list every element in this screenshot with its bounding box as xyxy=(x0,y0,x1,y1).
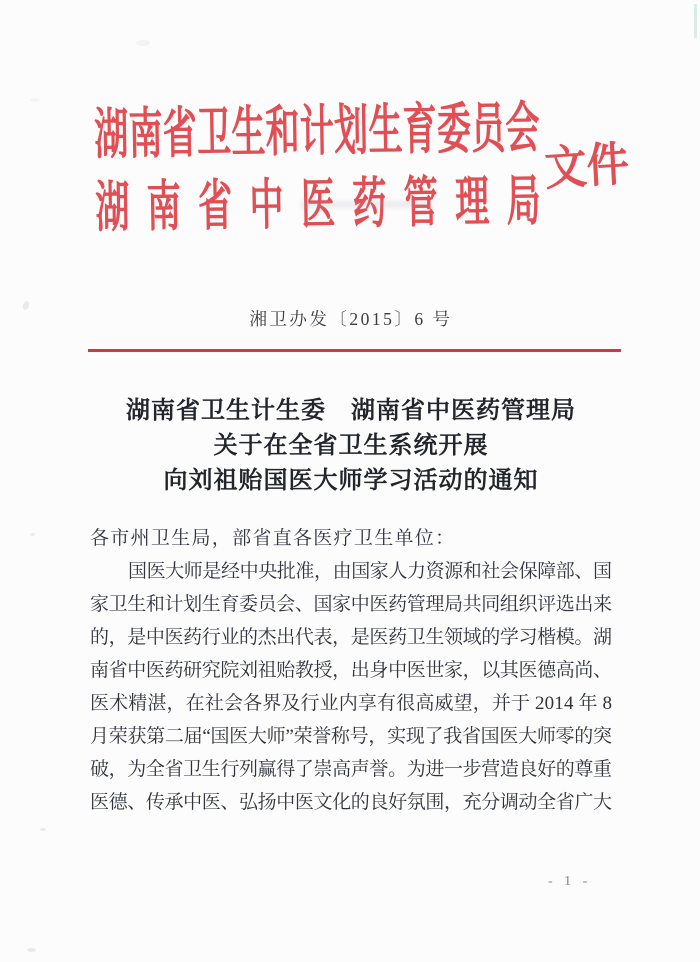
scan-speck xyxy=(27,948,36,952)
scanned-official-document-page: 湖南省卫生和计划生育委员会 湖南省中医药管理局 文件 湘卫办发〔2015〕6 号… xyxy=(0,0,700,962)
body-line-text: 医德、传承中医、弘扬中医文化的良好氛围，充分调动全省广大 xyxy=(90,786,612,819)
body-line-text: 月荣获第二届“国医大师”荣誉称号，实现了我省国医大师零的突 xyxy=(90,720,612,753)
title-line3: 向刘祖贻国医大师学习活动的通知 xyxy=(90,464,612,499)
page-number: - 1 - xyxy=(548,874,591,890)
body-line: 的，是中医药行业的杰出代表，是医药卫生领域的学习楷模。湖 xyxy=(90,621,612,654)
scan-speck xyxy=(40,828,46,831)
body-line: 家卫生和计划生育委员会、国家中医药管理局共同组织评选出来 xyxy=(90,588,612,621)
scan-speck xyxy=(22,300,30,310)
body-line: 月荣获第二届“国医大师”荣誉称号，实现了我省国医大师零的突 xyxy=(90,720,612,753)
red-letterhead: 湖南省卫生和计划生育委员会 湖南省中医药管理局 文件 xyxy=(0,0,700,285)
document-body: 各市州卫生局，部省直各医疗卫生单位： 国医大师是经中央批准，由国家人力资源和社会… xyxy=(90,522,612,819)
body-line-text: 的，是中医药行业的杰出代表，是医药卫生领域的学习楷模。湖 xyxy=(90,621,612,654)
title-line1: 湖南省卫生计生委 湖南省中医药管理局 xyxy=(90,394,612,429)
body-line-text: 南省中医药研究院刘祖贻教授，出身中医世家，以其医德高尚、 xyxy=(90,654,612,687)
body-line: 南省中医药研究院刘祖贻教授，出身中医世家，以其医德高尚、 xyxy=(90,654,612,687)
document-title: 湖南省卫生计生委 湖南省中医药管理局 关于在全省卫生系统开展 向刘祖贻国医大师学… xyxy=(90,394,612,499)
body-line: 国医大师是经中央批准，由国家人力资源和社会保障部、国 xyxy=(90,555,612,588)
doc-number: 湘卫办发〔2015〕6 号 xyxy=(90,306,612,331)
title-line2: 关于在全省卫生系统开展 xyxy=(90,429,612,464)
doc-type-label: 文件 xyxy=(544,142,630,194)
scan-speck xyxy=(136,40,150,46)
scan-speck xyxy=(30,533,35,536)
org-name-line1-text: 湖南省卫生和计划生育委员会 xyxy=(94,101,540,166)
body-line: 破，为全省卫生行列赢得了崇高声誉。为进一步营造良好的尊重 xyxy=(90,753,612,786)
scan-smudge xyxy=(300,201,432,208)
org-name-line1: 湖南省卫生和计划生育委员会 xyxy=(94,101,541,166)
scan-speck xyxy=(30,98,40,102)
body-paragraph: 国医大师是经中央批准，由国家人力资源和社会保障部、国家卫生和计划生育委员会、国家… xyxy=(90,555,612,819)
body-line-text: 医术精湛，在社会各界及行业内享有很高威望，并于 2014 年 8 xyxy=(90,687,612,720)
red-divider-line xyxy=(88,349,621,352)
scan-edge-artifact xyxy=(694,4,697,38)
body-line-text: 国医大师是经中央批准，由国家人力资源和社会保障部、国 xyxy=(128,555,612,588)
body-line-text: 家卫生和计划生育委员会、国家中医药管理局共同组织评选出来 xyxy=(90,588,612,621)
body-line: 医术精湛，在社会各界及行业内享有很高威望，并于 2014 年 8 xyxy=(90,687,612,720)
body-line-text: 破，为全省卫生行列赢得了崇高声誉。为进一步营造良好的尊重 xyxy=(90,753,612,786)
salutation: 各市州卫生局，部省直各医疗卫生单位： xyxy=(90,522,612,555)
body-line: 医德、传承中医、弘扬中医文化的良好氛围，充分调动全省广大 xyxy=(90,786,612,819)
